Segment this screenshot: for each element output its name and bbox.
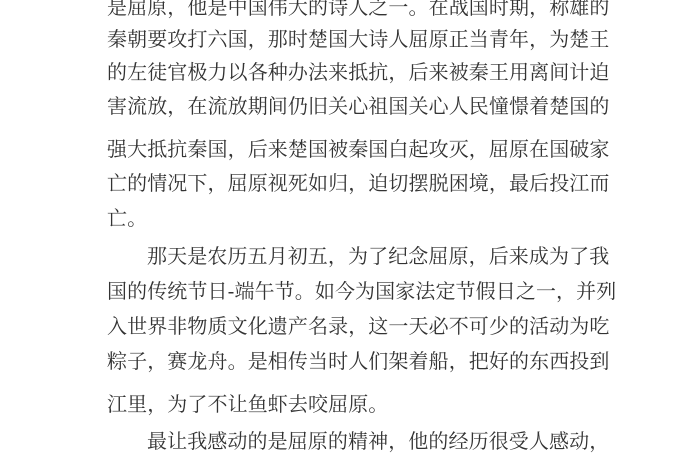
text-line: 是屈原，他是中国伟大的诗人之一。在战国时期，称雄的 (107, 0, 610, 19)
text-line: 害流放，在流放期间仍旧关心祖国关心人民憧憬着楚国的 (107, 94, 610, 118)
text-line: 入世界非物质文化遗产名录，这一天必不可少的活动为吃 (107, 314, 610, 338)
text-line: 江里，为了不让鱼虾去咬屈原。 (107, 392, 388, 416)
text-line: 粽子，赛龙舟。是相传当时人们架着船，把好的东西投到 (107, 349, 610, 373)
text-line: 亡。 (107, 206, 147, 230)
text-line: 强大抵抗秦国，后来楚国被秦国白起攻灭，屈原在国破家 (107, 137, 610, 161)
text-line: 那天是农历五月初五，为了纪念屈原，后来成为了我 (147, 244, 609, 268)
text-line: 亡的情况下，屈原视死如归，迫切摆脱困境，最后投江而 (107, 171, 610, 195)
text-line: 的左徒官极力以各种办法来抵抗，后来被秦王用离间计迫 (107, 60, 610, 84)
text-line: 秦朝要攻打六国，那时楚国大诗人屈原正当青年，为楚王 (107, 27, 610, 51)
text-line: 国的传统节日-端午节。如今为国家法定节假日之一，并列 (107, 279, 616, 303)
text-line: 最让我感动的是屈原的精神，他的经历很受人感动， (147, 429, 609, 453)
